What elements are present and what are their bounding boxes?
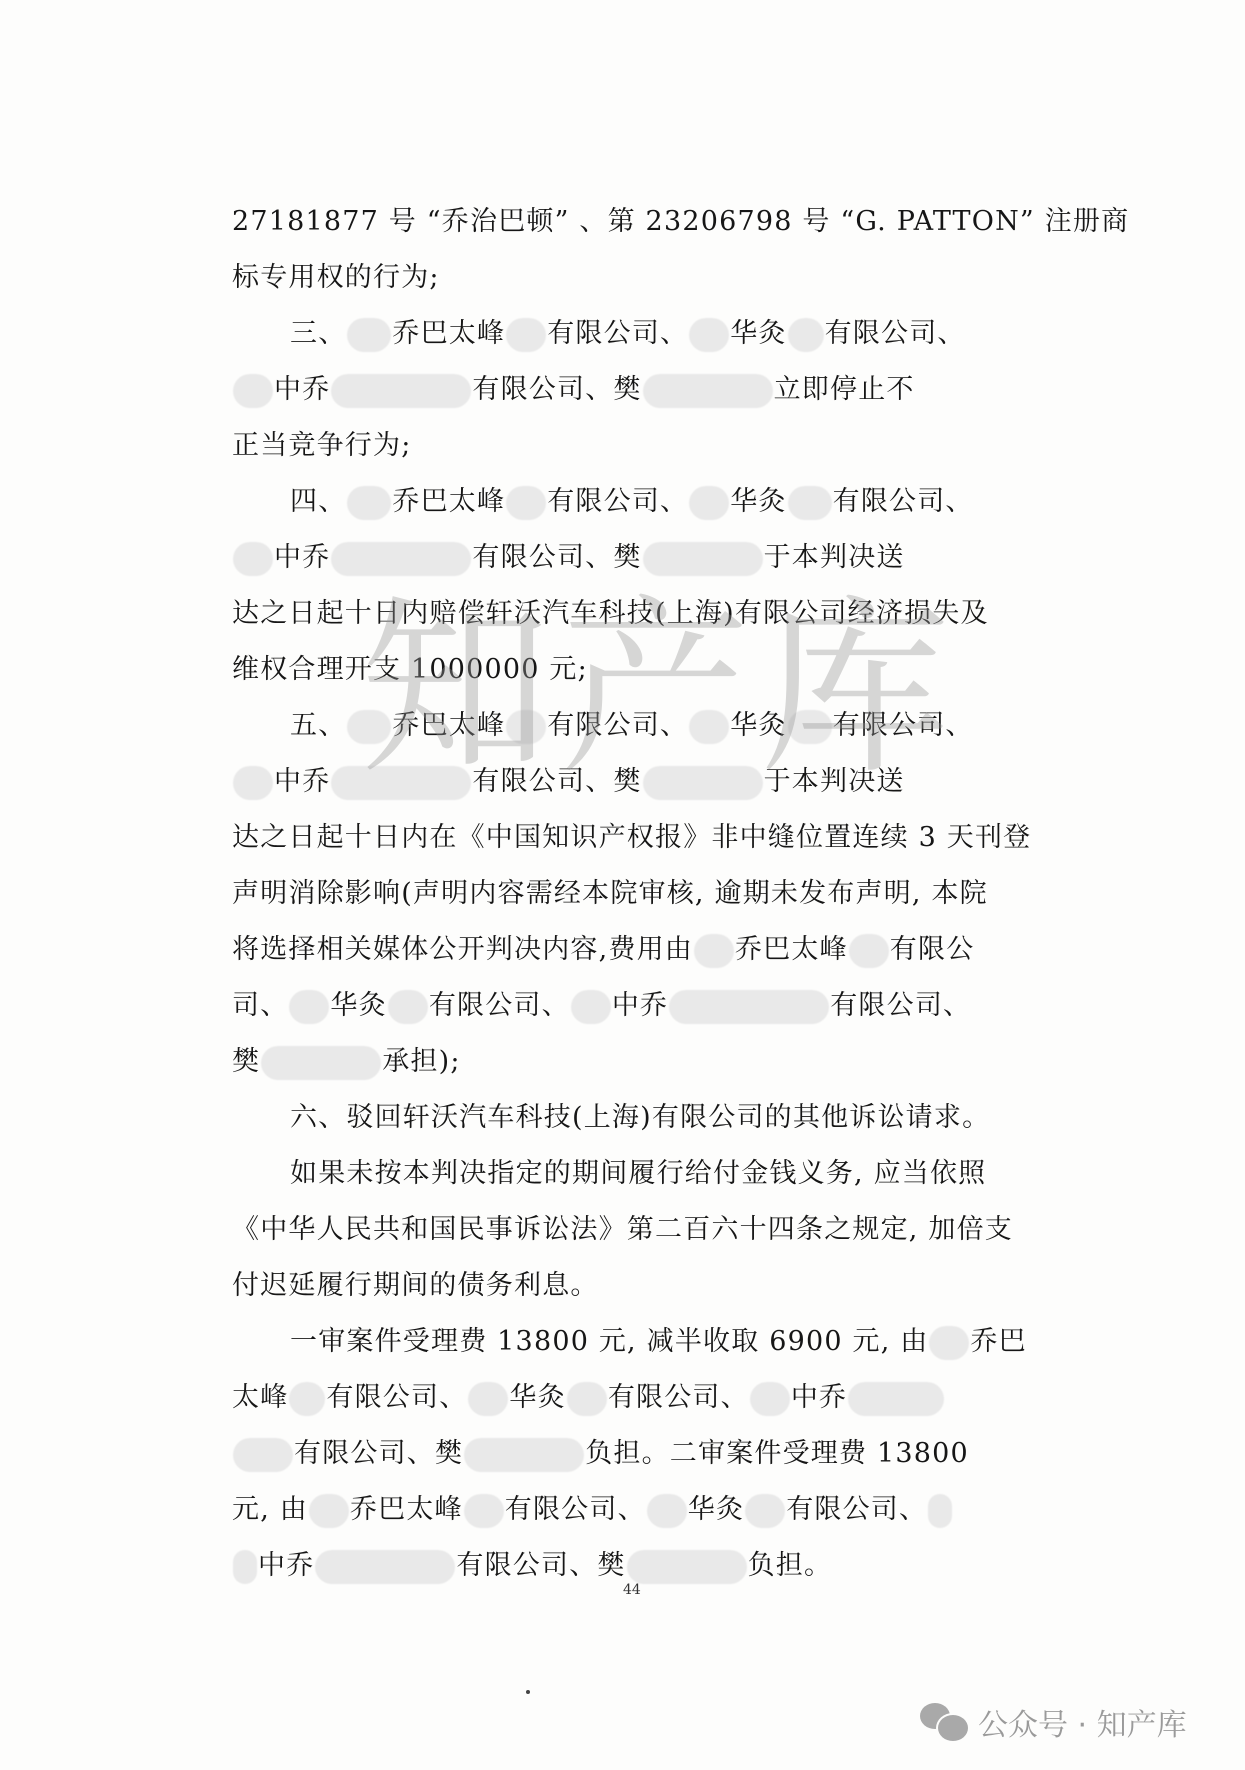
text-segment: 有限公司、: [326, 1382, 467, 1413]
footer-account: 公众号 · 知产库: [920, 1700, 1187, 1744]
text-segment: 有限公司、樊: [456, 1550, 625, 1581]
redaction-blur: [233, 542, 273, 576]
text-segment: 有限公司、: [833, 710, 974, 741]
text-segment: 有限公司、: [547, 486, 688, 517]
text-segment: 司、: [232, 990, 288, 1021]
text-line: 维权合理开支 1000000 元;: [232, 650, 588, 690]
text-line: 太峰有限公司、华灸有限公司、中乔: [232, 1378, 945, 1418]
document-page: 27181877 号 “乔治巴顿” 、第 23206798 号 “G. PATT…: [0, 0, 1245, 1770]
text-segment: 负担。二审案件受理费 13800: [585, 1438, 969, 1469]
text-segment: 声明消除影响(声明内容需经本院审核, 逾期未发布声明, 本院: [232, 878, 988, 909]
redaction-blur: [233, 1550, 257, 1584]
text-segment: 乔巴: [970, 1326, 1026, 1357]
text-line: 《中华人民共和国民事诉讼法》第二百六十四条之规定, 加倍支: [232, 1210, 1013, 1250]
text-segment: 华灸: [330, 990, 386, 1021]
text-segment: 承担);: [382, 1046, 460, 1077]
redaction-blur: [928, 1494, 952, 1528]
text-segment: 太峰: [232, 1382, 288, 1413]
redaction-blur: [694, 934, 734, 968]
text-segment: 付迟延履行期间的债务利息。: [232, 1270, 599, 1301]
redaction-blur: [506, 318, 546, 352]
redaction-blur: [788, 486, 832, 520]
text-segment: 《中华人民共和国民事诉讼法》第二百六十四条之规定, 加倍支: [232, 1214, 1013, 1245]
redaction-blur: [567, 1382, 607, 1416]
redaction-blur: [929, 1326, 969, 1360]
redaction-blur: [331, 542, 471, 576]
text-line: 标专用权的行为;: [232, 258, 440, 298]
text-segment: 有限公司、: [833, 486, 974, 517]
redaction-blur: [347, 710, 391, 744]
redaction-blur: [750, 1382, 790, 1416]
text-line: 中乔有限公司、樊立即停止不: [232, 370, 915, 410]
text-segment: 中乔: [274, 374, 330, 405]
text-segment: 有限公司、: [547, 318, 688, 349]
text-segment: 达之日起十日内赔偿轩沃汽车科技(上海)有限公司经济损失及: [232, 598, 989, 629]
text-line: 达之日起十日内赔偿轩沃汽车科技(上海)有限公司经济损失及: [232, 594, 989, 634]
text-segment: 华灸: [730, 318, 786, 349]
redaction-blur: [849, 934, 889, 968]
text-segment: 维权合理开支 1000000 元;: [232, 654, 588, 685]
redaction-blur: [388, 990, 428, 1024]
text-segment: 中乔: [612, 990, 668, 1021]
redaction-blur: [506, 710, 546, 744]
text-segment: 有限公司、: [825, 318, 966, 349]
text-segment: 达之日起十日内在《中国知识产权报》非中缝位置连续 3 天刊登: [232, 822, 1031, 853]
text-line: 四、乔巴太峰有限公司、华灸有限公司、: [290, 482, 974, 522]
redaction-blur: [788, 318, 824, 352]
redaction-blur: [643, 766, 763, 800]
text-line: 元, 由乔巴太峰有限公司、华灸有限公司、: [232, 1490, 953, 1530]
redaction-blur: [331, 374, 471, 408]
text-segment: 有限公司、: [505, 1494, 646, 1525]
text-segment: 一审案件受理费 13800 元, 减半收取 6900 元, 由: [290, 1326, 928, 1357]
text-line: 中乔有限公司、樊负担。: [232, 1546, 832, 1586]
text-segment: 有限公司、樊: [472, 766, 641, 797]
redaction-blur: [848, 1382, 944, 1416]
text-segment: 有限公司、: [830, 990, 971, 1021]
redaction-blur: [689, 486, 729, 520]
redaction-blur: [289, 990, 329, 1024]
redaction-blur: [788, 710, 832, 744]
text-line: 有限公司、樊负担。二审案件受理费 13800: [232, 1434, 969, 1474]
text-line: 五、乔巴太峰有限公司、华灸有限公司、: [290, 706, 974, 746]
redaction-blur: [627, 1550, 747, 1584]
redaction-blur: [347, 318, 391, 352]
redaction-blur: [689, 710, 729, 744]
text-segment: 华灸: [730, 710, 786, 741]
redaction-blur: [647, 1494, 687, 1528]
text-segment: 27181877 号 “乔治巴顿” 、第 23206798 号 “G. PATT…: [232, 206, 1129, 237]
text-line: 六、驳回轩沃汽车科技(上海)有限公司的其他诉讼请求。: [290, 1098, 990, 1138]
text-line: 如果未按本判决指定的期间履行给付金钱义务, 应当依照: [290, 1154, 986, 1194]
text-segment: 乔巴太峰: [392, 318, 505, 349]
text-segment: 中乔: [274, 766, 330, 797]
text-segment: 元, 由: [232, 1494, 308, 1525]
text-segment: 有限公司、: [786, 1494, 927, 1525]
page-number: 44: [623, 1582, 641, 1598]
text-segment: 标专用权的行为;: [232, 262, 440, 293]
redaction-blur: [233, 374, 273, 408]
text-segment: 正当竞争行为;: [232, 430, 412, 461]
redaction-blur: [571, 990, 611, 1024]
text-line: 付迟延履行期间的债务利息。: [232, 1266, 599, 1306]
text-line: 达之日起十日内在《中国知识产权报》非中缝位置连续 3 天刊登: [232, 818, 1031, 858]
text-segment: 中乔: [258, 1550, 314, 1581]
redaction-blur: [464, 1494, 504, 1528]
scan-speck: [526, 1690, 530, 1694]
text-line: 声明消除影响(声明内容需经本院审核, 逾期未发布声明, 本院: [232, 874, 988, 914]
text-line: 樊承担);: [232, 1042, 461, 1082]
text-segment: 乔巴太峰: [735, 934, 848, 965]
text-segment: 有限公司、樊: [294, 1438, 463, 1469]
text-segment: 将选择相关媒体公开判决内容,费用由: [232, 934, 693, 965]
text-segment: 有限公司、: [608, 1382, 749, 1413]
redaction-blur: [643, 542, 763, 576]
redaction-blur: [233, 766, 273, 800]
text-line: 一审案件受理费 13800 元, 减半收取 6900 元, 由乔巴: [290, 1322, 1027, 1362]
redaction-blur: [233, 1438, 293, 1472]
text-segment: 四、: [290, 486, 346, 517]
redaction-blur: [506, 486, 546, 520]
text-segment: 三、: [290, 318, 346, 349]
redaction-blur: [669, 990, 829, 1024]
redaction-blur: [289, 1382, 325, 1416]
text-segment: 中乔: [791, 1382, 847, 1413]
text-segment: 樊: [232, 1046, 260, 1077]
text-segment: 六、驳回轩沃汽车科技(上海)有限公司的其他诉讼请求。: [290, 1102, 990, 1133]
footer-label: 公众号 · 知产库: [978, 1700, 1187, 1744]
redaction-blur: [315, 1550, 455, 1584]
text-segment: 乔巴太峰: [350, 1494, 463, 1525]
text-segment: 华灸: [509, 1382, 565, 1413]
wechat-icon: [920, 1703, 968, 1741]
text-line: 正当竞争行为;: [232, 426, 412, 466]
text-segment: 立即停止不: [774, 374, 915, 405]
redaction-blur: [331, 766, 471, 800]
redaction-blur: [309, 1494, 349, 1528]
text-segment: 五、: [290, 710, 346, 741]
redaction-blur: [689, 318, 729, 352]
text-segment: 华灸: [730, 486, 786, 517]
text-segment: 于本判决送: [764, 542, 905, 573]
text-segment: 乔巴太峰: [392, 710, 505, 741]
text-line: 将选择相关媒体公开判决内容,费用由乔巴太峰有限公: [232, 930, 974, 970]
text-segment: 中乔: [274, 542, 330, 573]
text-segment: 于本判决送: [764, 766, 905, 797]
text-line: 27181877 号 “乔治巴顿” 、第 23206798 号 “G. PATT…: [232, 202, 1129, 242]
text-segment: 负担。: [748, 1550, 833, 1581]
text-segment: 乔巴太峰: [392, 486, 505, 517]
text-line: 三、乔巴太峰有限公司、华灸有限公司、: [290, 314, 966, 354]
text-line: 司、华灸有限公司、中乔有限公司、: [232, 986, 971, 1026]
redaction-blur: [468, 1382, 508, 1416]
redaction-blur: [643, 374, 773, 408]
text-segment: 有限公: [890, 934, 975, 965]
redaction-blur: [745, 1494, 785, 1528]
text-segment: 有限公司、: [429, 990, 570, 1021]
text-segment: 有限公司、: [547, 710, 688, 741]
text-line: 中乔有限公司、樊于本判决送: [232, 762, 905, 802]
text-segment: 有限公司、樊: [472, 374, 641, 405]
text-segment: 华灸: [688, 1494, 744, 1525]
text-segment: 如果未按本判决指定的期间履行给付金钱义务, 应当依照: [290, 1158, 986, 1189]
text-segment: 有限公司、樊: [472, 542, 641, 573]
redaction-blur: [464, 1438, 584, 1472]
redaction-blur: [347, 486, 391, 520]
redaction-blur: [261, 1046, 381, 1080]
text-line: 中乔有限公司、樊于本判决送: [232, 538, 905, 578]
